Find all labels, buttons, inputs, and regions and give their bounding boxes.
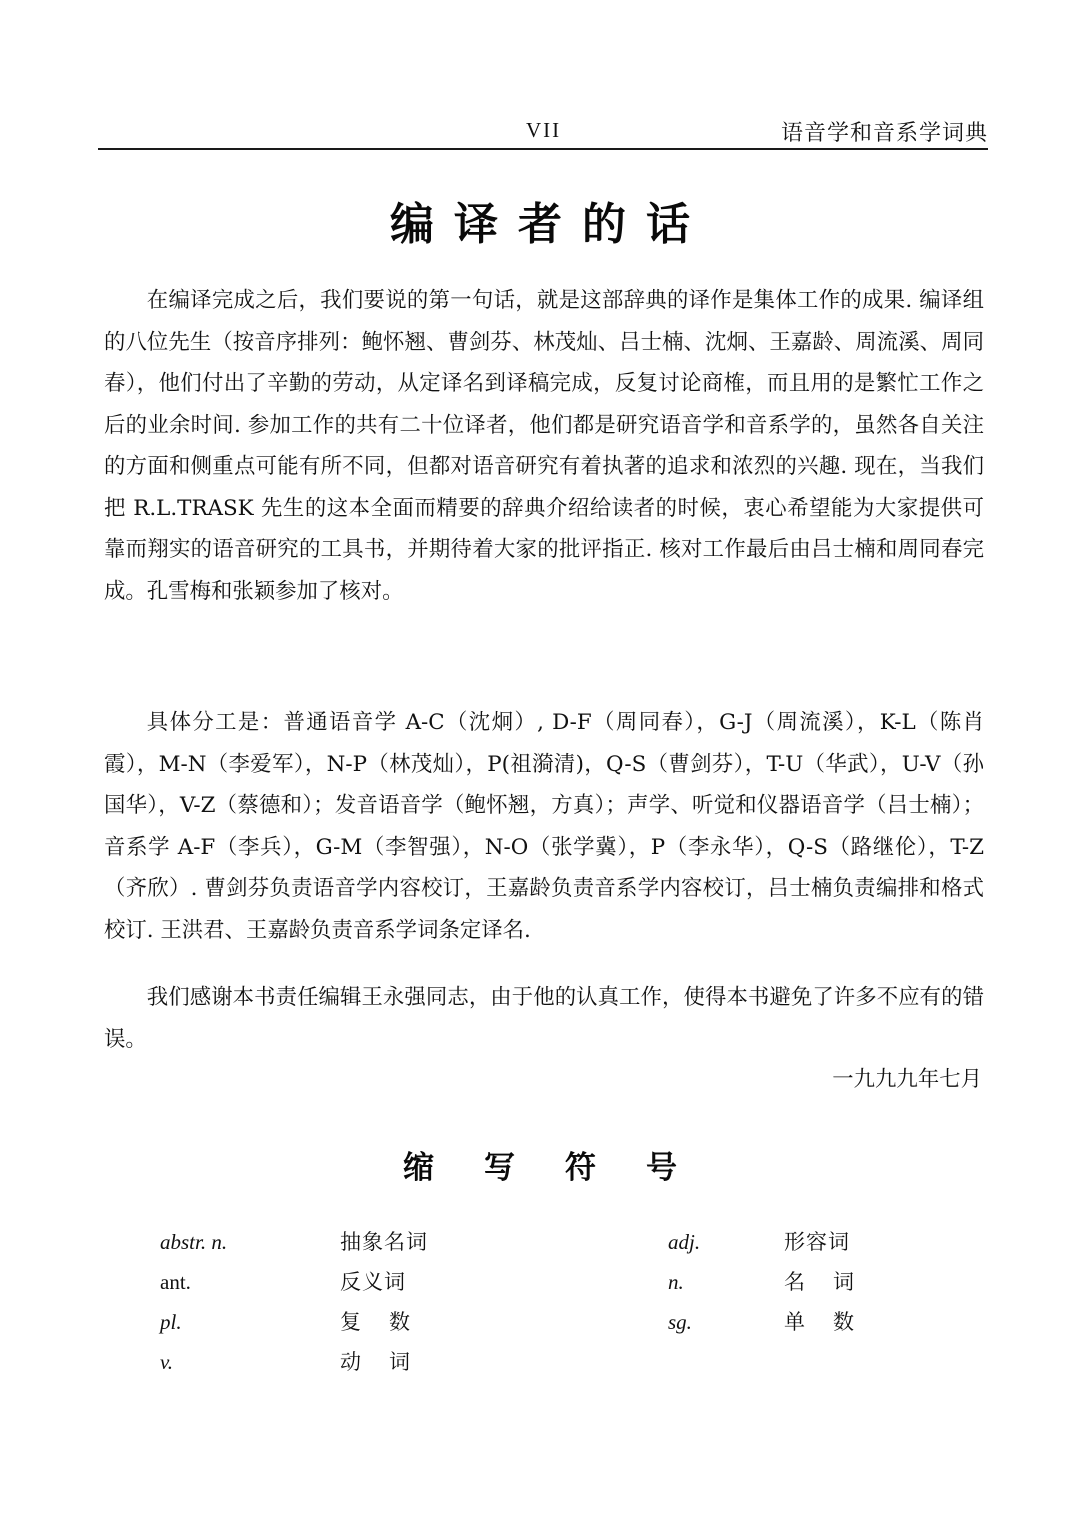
abbreviation-term: v. [160,1342,173,1382]
abbreviation-term: abstr. n. [160,1222,227,1262]
abbreviation-meaning: 单数 [784,1302,882,1342]
preface-date: 一九九九年七月 [832,1062,982,1093]
running-title: 语音学和音系学词典 [781,116,988,147]
abbreviation-row: v. 动词 [160,1342,920,1382]
abbreviation-term: n. [668,1262,684,1302]
abbreviation-meaning: 反义词 [340,1262,406,1302]
abbreviations-table: abstr. n. 抽象名词 adj. 形容词 ant. 反义词 n. 名词 p… [160,1222,920,1382]
abbreviation-meaning: 动词 [340,1342,438,1382]
abbreviation-row: abstr. n. 抽象名词 adj. 形容词 [160,1222,920,1262]
preface-paragraph-1: 在编译完成之后，我们要说的第一句话，就是这部辞典的译作是集体工作的成果. 编译组… [104,280,984,612]
abbreviation-meaning: 形容词 [784,1222,850,1262]
abbreviation-meaning: 名词 [784,1262,882,1302]
abbreviation-row: pl. 复数 sg. 单数 [160,1302,920,1342]
abbreviation-row: ant. 反义词 n. 名词 [160,1262,920,1302]
header-rule [98,148,988,150]
abbreviation-meaning: 抽象名词 [340,1222,428,1262]
abbreviation-term: adj. [668,1222,700,1262]
preface-title: 编译者的话 [0,188,1080,252]
abbreviation-term: sg. [668,1302,692,1342]
page-number: VII [526,118,561,143]
page-header: VII 语音学和音系学词典 [98,112,988,152]
preface-paragraph-2: 具体分工是：普通语音学 A-C（沈炯）, D-F（周同春），G-J（周流溪），K… [104,702,984,951]
abbreviation-meaning: 复数 [340,1302,438,1342]
abbreviation-term: pl. [160,1302,182,1342]
preface-paragraph-3: 我们感谢本书责任编辑王永强同志，由于他的认真工作，使得本书避免了许多不应有的错误… [104,977,984,1060]
abbreviation-term: ant. [160,1262,191,1302]
abbreviations-title: 缩写符号 [0,1142,1080,1187]
